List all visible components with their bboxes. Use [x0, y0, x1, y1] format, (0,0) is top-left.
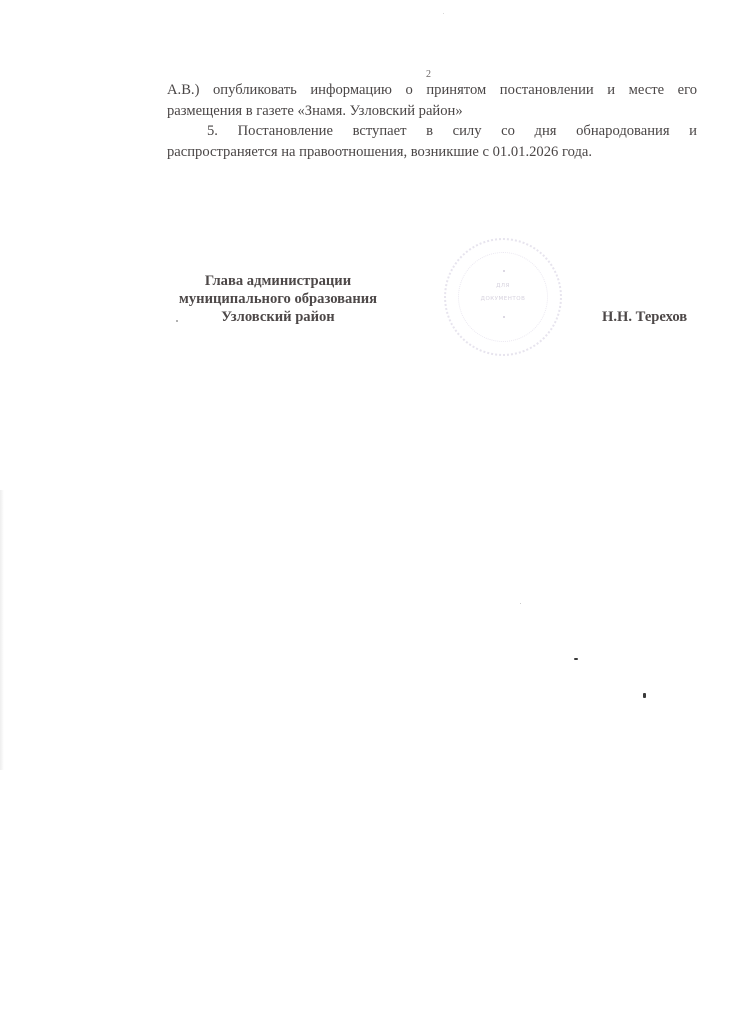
scan-speck	[574, 658, 578, 660]
seal-text: ДОКУМЕНТОВ	[446, 296, 560, 302]
signatory-title-line: Узловский район	[166, 308, 390, 326]
paragraph-effective-date: 5. Постановление вступает в силу со дня …	[167, 121, 697, 162]
scan-edge-shadow	[0, 490, 4, 770]
page-number: 2	[426, 69, 431, 80]
scan-speck	[443, 13, 444, 14]
seal-dot-icon	[503, 270, 505, 272]
seal-dot-icon	[503, 316, 505, 318]
paragraph-line: распространяется на правоотношения, возн…	[167, 142, 697, 163]
scan-speck	[643, 693, 646, 698]
signatory-title-line: Глава администрации	[166, 272, 390, 290]
signatory-name: Н.Н. Терехов	[602, 309, 687, 326]
signatory-title: Глава администрации муниципального образ…	[166, 272, 390, 326]
official-seal-stamp: ДЛЯ ДОКУМЕНТОВ	[444, 238, 562, 356]
signatory-title-line: муниципального образования	[166, 290, 390, 308]
scan-speck	[176, 320, 178, 322]
paragraph-publication: А.В.) опубликовать информацию о принятом…	[167, 80, 697, 121]
seal-text: ДЛЯ	[446, 283, 560, 289]
paragraph-line: А.В.) опубликовать информацию о принятом…	[167, 80, 697, 101]
scan-speck	[520, 603, 521, 604]
paragraph-line: 5. Постановление вступает в силу со дня …	[167, 121, 697, 142]
document-body: А.В.) опубликовать информацию о принятом…	[167, 80, 697, 162]
paragraph-line: размещения в газете «Знамя. Узловский ра…	[167, 101, 697, 122]
